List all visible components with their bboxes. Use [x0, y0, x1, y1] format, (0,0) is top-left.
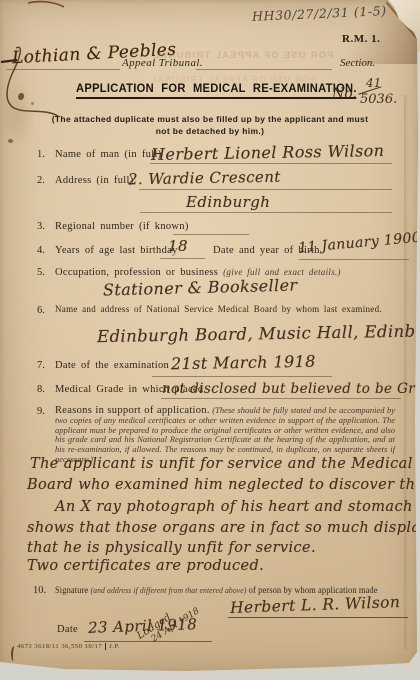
question-9-answer-line: Board who examined him neglected to disc…	[27, 477, 420, 493]
form-rule	[139, 189, 392, 190]
question-6-number: 6.	[37, 305, 45, 316]
case-number-prefix: No.	[332, 86, 357, 102]
question-9-answer-line: Two certificates are produced.	[27, 558, 264, 574]
form-title: APPLICATION FOR MEDICAL RE-EXAMINATION.	[76, 83, 357, 99]
question-7-number: 7.	[37, 360, 45, 371]
appeal-tribunal-label: Appeal Tribunal.	[122, 57, 203, 69]
question-8-answer: not disclosed but believed to be Grade I	[162, 381, 420, 397]
question-10-label: Signature (and address if different from…	[55, 585, 378, 595]
question-1-answer: Herbert Lionel Ross Wilson	[151, 141, 385, 164]
question-8-number: 8.	[37, 384, 45, 395]
question-2-answer-line2: Edinburgh	[186, 193, 270, 211]
duplicate-notice-line: (The attached duplicate must also be fil…	[30, 114, 390, 126]
printer-imprint-code: 4673 3618/11 36,550 10/17	[17, 643, 102, 650]
section-label: Section.	[340, 57, 375, 69]
duplicate-notice-line: not be detached by him.)	[30, 126, 390, 138]
question-1-label: Name of man (in full)	[55, 149, 161, 160]
question-4-age-label: Years of age last birthday	[55, 245, 178, 256]
question-10-number: 10.	[33, 585, 46, 596]
printer-imprint: 4673 3618/11 36,550 10/17J.P.	[17, 643, 120, 650]
question-4-dob-answer: 11 January 1900	[298, 230, 420, 257]
form-rule	[6, 69, 120, 70]
question-10-label-pre: Signature	[55, 585, 88, 595]
date-label: Date	[57, 624, 78, 635]
form-rule	[299, 259, 409, 260]
form-rule	[160, 258, 205, 259]
question-7-answer: 21st March 1918	[171, 352, 316, 374]
question-7-label: Date of the examination	[55, 360, 169, 371]
case-number: No. 41 5036.	[332, 80, 412, 110]
form-rule	[152, 376, 332, 377]
question-5-number: 5.	[37, 267, 45, 278]
question-4-age-answer: 18	[168, 237, 188, 255]
question-2-label: Address (in full)	[55, 175, 134, 186]
form-rule	[161, 398, 401, 399]
form-rule	[140, 212, 392, 213]
scanned-document: { "colors": { "paper": "#dcc5a4", "backg…	[0, 0, 420, 680]
question-9-answer-line: The applicant is unfit for service and t…	[30, 456, 413, 472]
question-6-answer: Edinburgh Board, Music Hall, Edinburgh	[97, 321, 420, 346]
question-9-answer-line: that he is physically unfit for service.	[27, 540, 316, 556]
question-1-number: 1.	[37, 149, 45, 160]
form-rule	[173, 234, 249, 235]
question-10-label-italic: (and address if different from that ente…	[90, 586, 246, 595]
question-2-number: 2.	[37, 175, 45, 186]
duplicate-notice: (The attached duplicate must also be fil…	[30, 114, 390, 137]
question-6-label: Name and address of National Service Med…	[55, 305, 382, 315]
question-4-number: 4.	[37, 245, 45, 256]
question-9-number: 9.	[37, 406, 45, 417]
printer-imprint-initials: J.P.	[105, 643, 120, 650]
form-paper: FOR USE OF APPEAL TRIBUNAL FOR USE OF AP…	[0, 0, 418, 673]
question-2-answer-line1: 2. Wardie Crescent	[128, 168, 281, 189]
case-number-denominator: 5036.	[360, 92, 397, 107]
form-code: R.M. 1.	[342, 33, 380, 45]
question-5-label: Occupation, profession or business (give…	[55, 267, 341, 278]
question-5-label-text: Occupation, profession or business	[55, 267, 218, 278]
question-3-number: 3.	[37, 221, 45, 232]
applicant-signature: Herbert L. R. Wilson	[230, 593, 401, 617]
form-rule	[196, 69, 332, 70]
question-9-answer-line: shows that those organs are in fact so m…	[27, 520, 420, 536]
ink-spot	[8, 139, 13, 143]
signature-rule	[228, 617, 408, 618]
vertical-crease	[404, 95, 408, 650]
question-5-answer: Stationer & Bookseller	[103, 275, 298, 299]
question-3-label: Regional number (if known)	[55, 221, 189, 232]
question-9-answer-line: An X ray photograph of his heart and sto…	[55, 499, 413, 515]
